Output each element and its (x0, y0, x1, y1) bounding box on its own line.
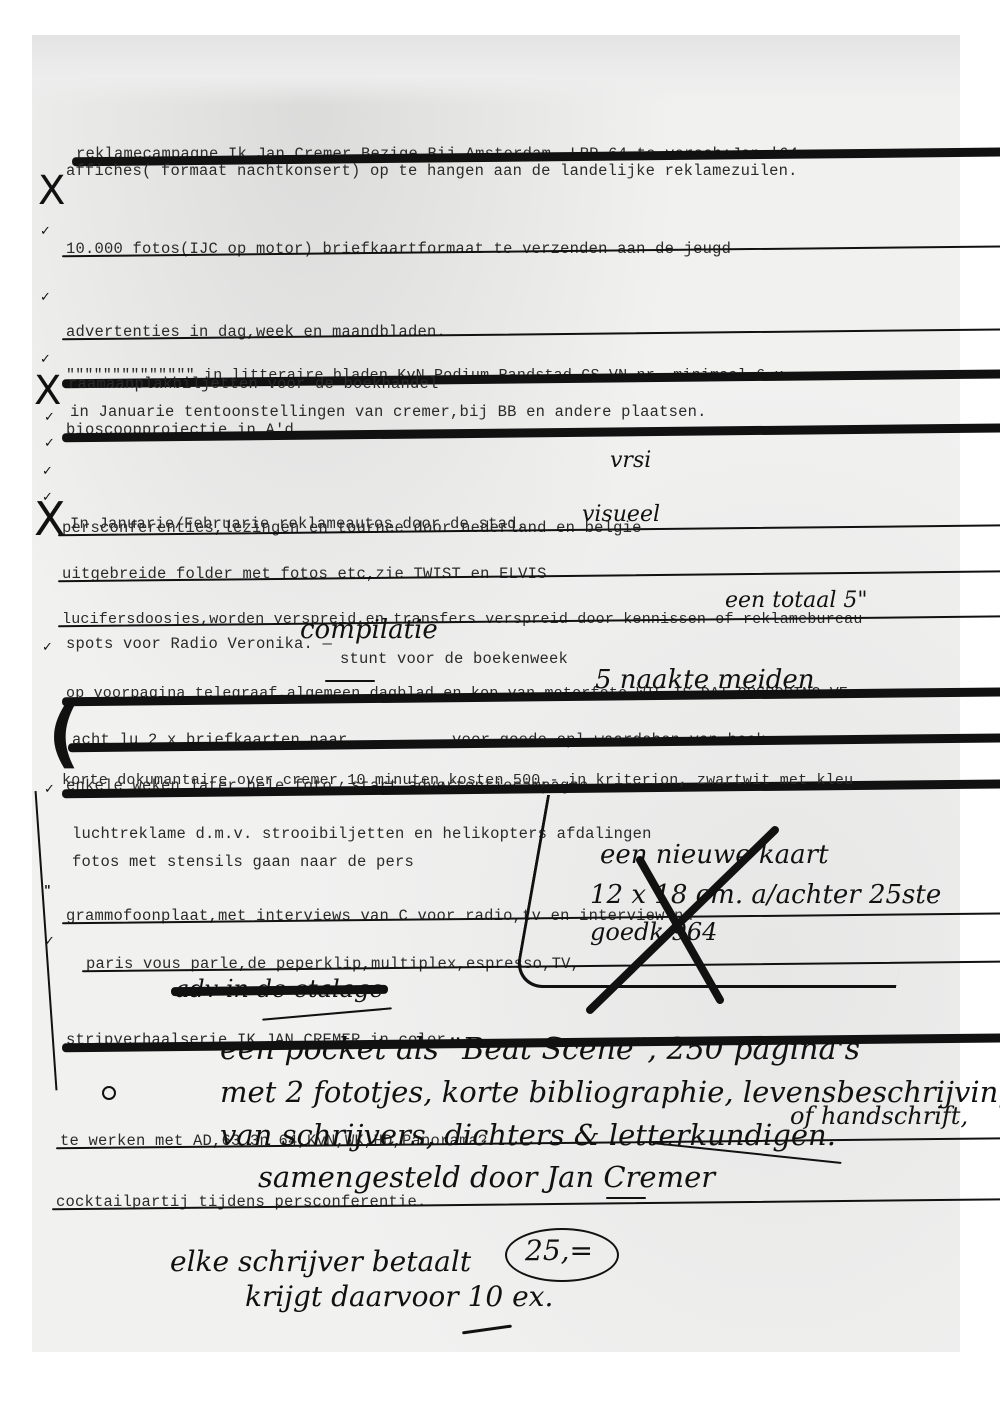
handwritten-adv-etalage: adv in de etalage (175, 975, 384, 1003)
check-mark-icon: ✓ (42, 640, 53, 655)
typed-line-cocktailpartij: cocktailpartij tijdens persconferentie. (56, 1193, 1000, 1211)
check-mark-icon: ✓ (40, 224, 51, 239)
typed-line-korte-dokumantaire: korte dokumantaire over cremer,10 minute… (62, 772, 853, 789)
handwritten-naakte-meiden: 5 naakte meiden (595, 665, 815, 695)
handwritten-payment-amount: 25,= (525, 1234, 593, 1267)
handwritten-een-totaal: een totaal 5" (725, 588, 868, 613)
handwritten-payment-line-2: krijgt daarvoor 10 ex. (245, 1280, 553, 1313)
x-mark-icon: X (34, 492, 66, 546)
check-mark-icon: ✓ (44, 410, 55, 425)
check-mark-icon: ✓ (42, 464, 53, 479)
typed-line-fotos-stensils: fotos met stensils gaan naar de pers (72, 853, 414, 871)
typed-line-reklamecampagne: reklamecampagne Ik Jan Cremer Bezige Bij… (76, 145, 1000, 163)
handwritten-visueel: visueel (582, 502, 660, 527)
typed-line-advertenties: advertenties in dag,week en maandbladen. (66, 323, 1000, 341)
handwritten-vrsi: vrsi (610, 448, 651, 473)
typed-line-fotos: 10.000 fotos(IJC op motor) briefkaartfor… (66, 240, 1000, 258)
handwritten-underline (325, 680, 375, 682)
typed-line-tentoonstellingen: in Januarie tentoonstellingen van cremer… (70, 403, 707, 421)
handwritten-pocket-line-3: van schrijvers, dichters & letterkundige… (220, 1118, 836, 1152)
bracket-end-circle (102, 1086, 116, 1100)
torn-paper-edge (32, 35, 960, 105)
typed-line-radio-veronika: spots voor Radio Veronika. — (66, 635, 332, 653)
check-mark-icon: ✓ (40, 290, 51, 305)
typed-line-stunt-boekenweek: stunt voor de boekenweek (340, 650, 568, 668)
handwritten-payment-line-1: elke schrijver betaalt (170, 1245, 471, 1278)
handwritten-pocket-line-4: samengesteld door Jan Cremer (258, 1160, 715, 1194)
bracket-mark-icon: ( (48, 700, 80, 770)
typed-line-voorpagina: op voorpagina telegraaf,algemeen dagblad… (66, 685, 1000, 702)
handwritten-pocket-line-1: een pocket als "Beat Scene", 250 pagina'… (220, 1032, 860, 1067)
typed-line-affiches: affiches( formaat nachtkonsert) op te ha… (66, 162, 798, 180)
typed-line-folder: uitgebreide folder met fotos etc,zie TWI… (62, 565, 1000, 583)
x-mark-icon: X (38, 168, 65, 214)
check-mark-icon: ✓ (40, 352, 51, 367)
typed-line-lucifersdoosjes: lucifersdoosjes,worden verspreid,en tran… (62, 611, 1000, 628)
x-mark-icon: X (34, 368, 61, 414)
typed-line-reklameautos: In Januarie/Februarie reklameautos door … (70, 515, 526, 533)
typed-line-briefkaarten: acht lu 2 x briefkaarten naar ......... … (72, 731, 1000, 749)
typed-line-bioscoopprojectie: bioscoopprojectie in A'd. (66, 421, 1000, 439)
check-mark-icon: ✓ (44, 436, 55, 451)
cross-out-x-icon (570, 820, 790, 1020)
typed-line-raamaanplakbiljetten: raamaanplakbiljetten voor de boekhandel (68, 375, 439, 393)
handwritten-underline (606, 1197, 646, 1199)
handwritten-compilatie: compilatie (300, 615, 438, 645)
